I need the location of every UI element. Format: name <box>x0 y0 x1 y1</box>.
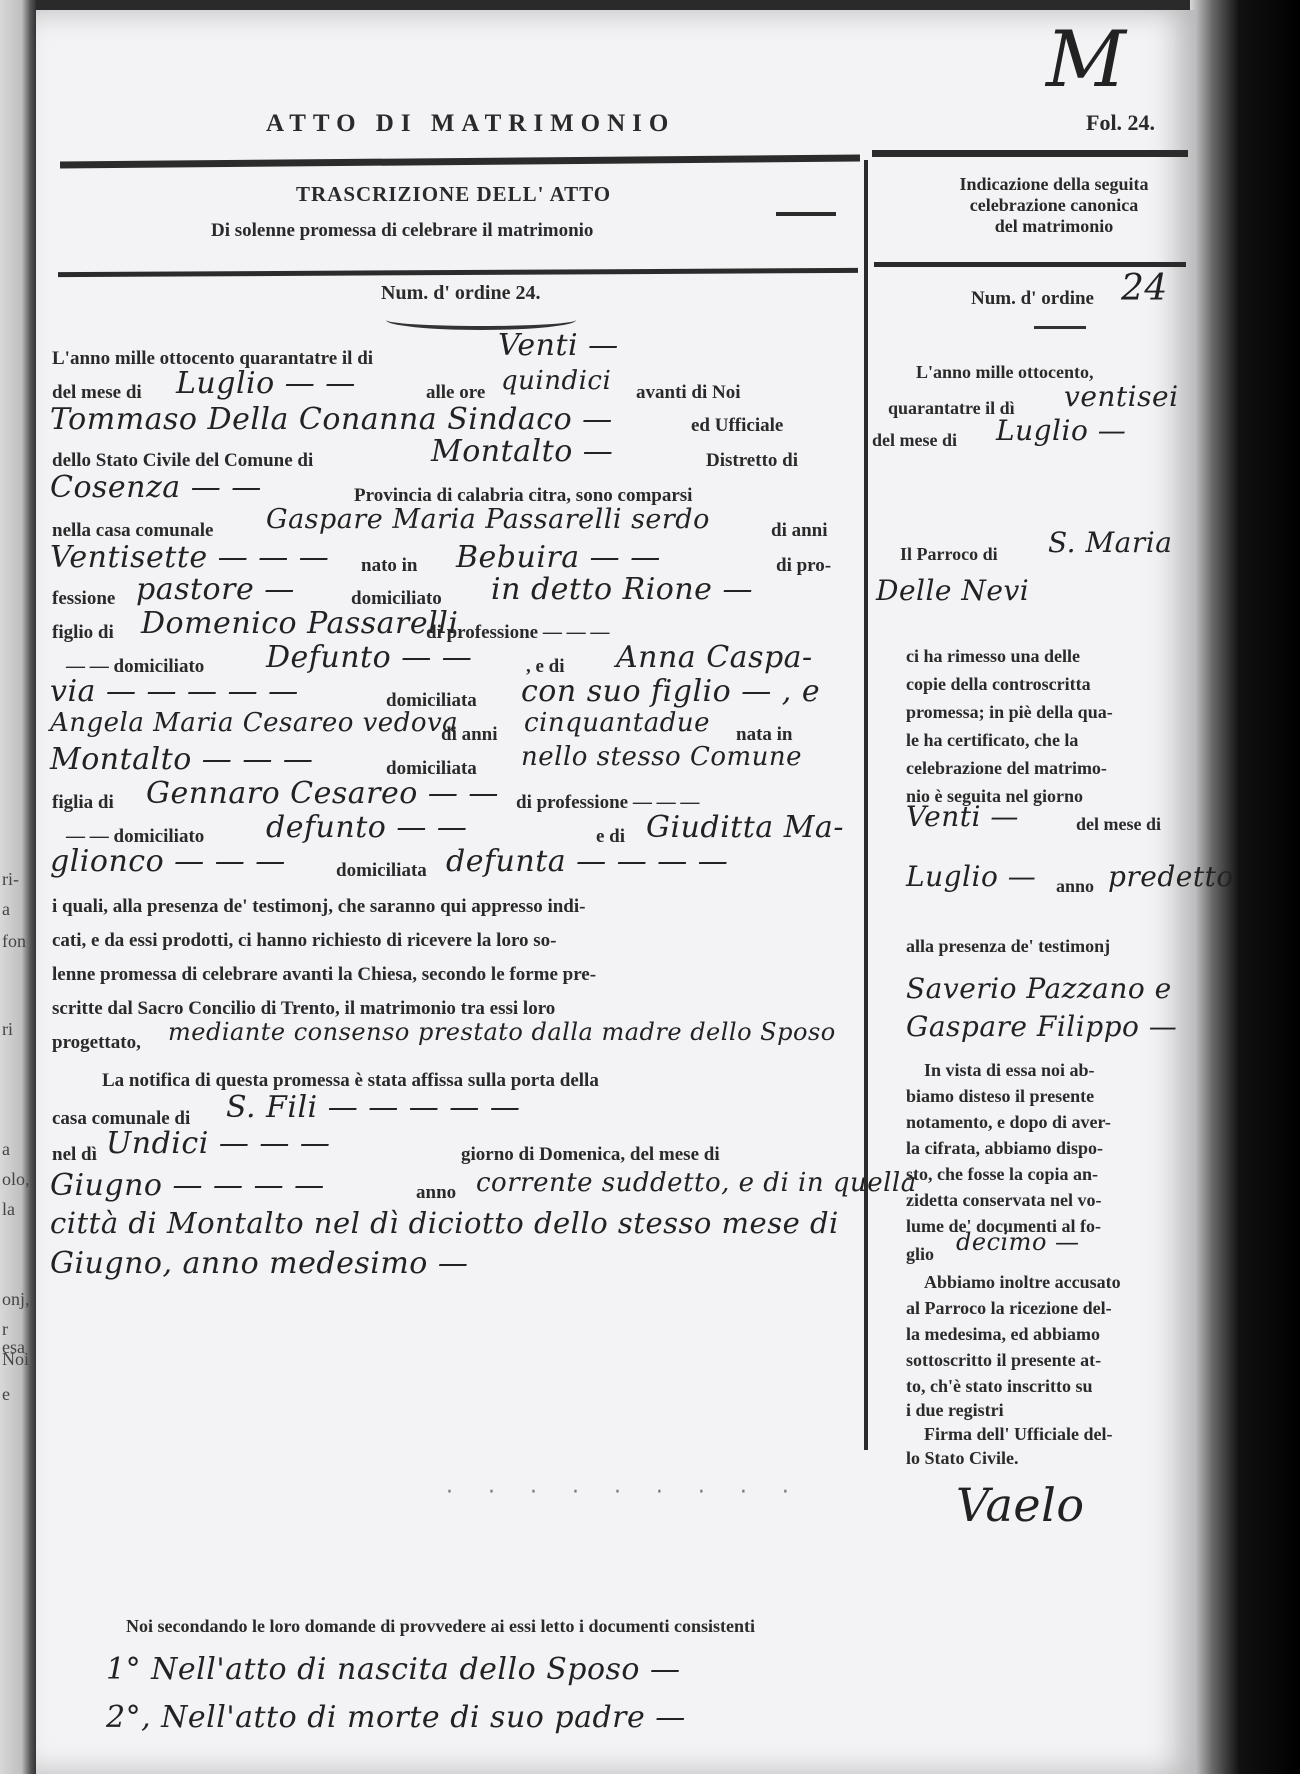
print-text: fessione <box>52 588 115 610</box>
handwritten-entry: quindici <box>501 366 611 396</box>
print-text: anno <box>1056 876 1094 897</box>
print-text: la cifrata, abbiamo dispo- <box>906 1138 1103 1159</box>
handwritten-entry: defunto — — <box>266 810 467 845</box>
heading-dash <box>776 212 836 216</box>
print-text: del mese di <box>52 382 142 404</box>
print-text: cati, e da essi prodotti, ci hanno richi… <box>52 930 557 952</box>
margin-fragment: ri- <box>2 870 32 888</box>
margin-fragment: onj, <box>2 1290 32 1308</box>
print-text: nella casa comunale <box>52 520 214 542</box>
print-text: notamento, e dopo di aver- <box>906 1112 1111 1133</box>
print-text: dello Stato Civile del Comune di <box>52 450 313 472</box>
section-rule-right <box>874 262 1186 267</box>
print-text: nato in <box>361 555 418 577</box>
print-text: Il Parroco di <box>900 544 998 565</box>
print-text: alla presenza de' testimonj <box>906 936 1110 957</box>
print-text: Firma dell' Ufficiale del- <box>924 1424 1112 1445</box>
print-text: La notifica di questa promessa è stata a… <box>102 1070 599 1092</box>
section-rule-left <box>58 268 858 277</box>
print-text: scritte dal Sacro Concilio di Trento, il… <box>52 998 555 1020</box>
previous-page-edge: ri- a fon ri a olo, la onj, r esa Noi e <box>0 0 36 1774</box>
handwritten-entry: Venti — <box>906 800 1019 833</box>
handwritten-entry: Anna Caspa- <box>616 640 813 675</box>
handwritten-entry: Tommaso Della Conanna Sindaco — <box>50 402 613 437</box>
print-text: figlio di <box>52 622 114 644</box>
print-text: biamo disteso il presente <box>906 1086 1094 1107</box>
header-rule-right <box>872 150 1188 157</box>
handwritten-entry: Undici — — — <box>106 1126 330 1161</box>
margin-fragment: a <box>2 900 32 918</box>
print-text: celebrazione del matrimo- <box>906 758 1107 779</box>
handwritten-entry: decimo — <box>956 1228 1080 1256</box>
handwritten-entry: Gaspare Filippo — <box>906 1010 1177 1043</box>
left-column-heading: TRASCRIZIONE DELL' ATTO <box>296 182 611 207</box>
print-text: di anni <box>771 520 828 542</box>
handwritten-entry: città di Montalto nel dì diciotto dello … <box>50 1206 839 1240</box>
handwritten-entry: nello stesso Comune <box>521 742 802 772</box>
print-text: anno <box>416 1182 456 1204</box>
right-heading-line: del matrimonio <box>904 216 1204 237</box>
column-divider <box>864 160 868 1450</box>
print-text: alle ore <box>426 382 485 404</box>
handwritten-entry: in detto Rione — <box>491 572 753 607</box>
print-text: i due registri <box>906 1400 1004 1421</box>
handwritten-entry: cinquantadue <box>524 708 710 738</box>
left-order-number: Num. d' ordine 24. <box>381 282 540 305</box>
print-text: Distretto di <box>706 450 798 472</box>
right-heading-line: Indicazione della seguita <box>904 174 1204 195</box>
print-text: nel dì <box>52 1144 97 1166</box>
order-underline <box>1034 326 1086 329</box>
print-text: i quali, alla presenza de' testimonj, ch… <box>52 896 585 918</box>
handwritten-entry: Defunto — — <box>266 640 472 675</box>
print-text: di anni <box>441 724 498 746</box>
handwritten-entry: predetto <box>1108 860 1234 893</box>
faded-stamp: · · · · · · · · · <box>446 1480 803 1505</box>
margin-fragment: olo, <box>2 1170 32 1188</box>
handwritten-entry: Gaspare Maria Passarelli serdo <box>266 504 710 535</box>
handwritten-entry: Luglio — <box>906 860 1036 893</box>
header-rule-left <box>60 155 860 169</box>
handwritten-entry: Bebuira — — <box>456 540 661 575</box>
print-text: progettato, <box>52 1032 141 1054</box>
print-text: del mese di <box>1076 814 1161 835</box>
register-page: M ATTO DI MATRIMONIO Fol. 24. TRASCRIZIO… <box>36 10 1196 1774</box>
officer-signature: Vaelo <box>956 1478 1085 1532</box>
margin-fragment: ri <box>2 1020 32 1038</box>
print-text: Abbiamo inoltre accusato <box>924 1272 1121 1293</box>
margin-fragment: a <box>2 1140 32 1158</box>
handwritten-entry: S. Fili — — — — — <box>226 1090 520 1125</box>
print-text: to, ch'è stato inscritto su <box>906 1376 1092 1397</box>
margin-fragment: e <box>2 1385 32 1403</box>
print-text: sottoscritto il presente at- <box>906 1350 1101 1371</box>
margin-fragment: Noi <box>2 1350 32 1368</box>
right-heading-line: celebrazione canonica <box>904 195 1204 216</box>
handwritten-entry: Giuditta Ma- <box>646 810 844 845</box>
handwritten-entry: Cosenza — — <box>50 470 262 505</box>
handwritten-entry: Ventisette — — — <box>50 540 329 575</box>
print-text: lenne promessa di celebrare avanti la Ch… <box>52 964 596 986</box>
right-column-heading: Indicazione della seguita celebrazione c… <box>904 174 1204 237</box>
print-text: giorno di Domenica, del mese di <box>461 1144 720 1166</box>
print-text: figlia di <box>52 792 114 814</box>
folio-handwritten-mark: M <box>1046 15 1126 105</box>
print-text: ed Ufficiale <box>691 415 783 437</box>
print-text: In vista di essa noi ab- <box>924 1060 1095 1081</box>
handwritten-entry: Delle Nevi <box>876 574 1029 607</box>
handwritten-entry: Luglio — <box>996 414 1126 447</box>
handwritten-entry: Luglio — — <box>176 366 356 401</box>
right-order-number: 24 <box>1121 268 1168 309</box>
handwritten-entry: ventisei <box>1064 380 1179 413</box>
handwritten-entry: via — — — — — <box>50 674 299 709</box>
margin-fragment: la <box>2 1200 32 1218</box>
scanned-page: ri- a fon ri a olo, la onj, r esa Noi e … <box>0 0 1300 1774</box>
handwritten-entry: glionco — — — <box>50 844 286 879</box>
handwritten-entry: Gennaro Cesareo — — <box>146 776 499 811</box>
handwritten-entry: corrente suddetto, e di in quella <box>476 1168 917 1198</box>
handwritten-entry: Giugno — — — — <box>50 1168 325 1203</box>
handwritten-entry: Angela Maria Cesareo vedova <box>50 708 458 738</box>
right-order-label: Num. d' ordine <box>971 288 1094 310</box>
handwritten-entry: Montalto — — — <box>50 742 313 777</box>
brace-ornament <box>386 310 576 330</box>
handwritten-entry: defunta — — — — <box>446 844 728 879</box>
left-column-subheading: Di solenne promessa di celebrare il matr… <box>211 220 593 242</box>
footer-handwritten-item: 1° Nell'atto di nascita dello Sposo — <box>106 1652 681 1687</box>
print-text: domiciliata <box>336 860 427 882</box>
handwritten-entry: pastore — <box>136 572 295 607</box>
print-text: promessa; in piè della qua- <box>906 702 1113 723</box>
print-text: sto, che fosse la copia an- <box>906 1164 1098 1185</box>
print-text: di pro- <box>776 555 831 577</box>
handwritten-entry: Venti — <box>498 328 619 363</box>
print-text: ci ha rimesso una delle <box>906 646 1080 667</box>
print-text: la medesima, ed abbiamo <box>906 1324 1100 1345</box>
print-text: glio <box>906 1244 934 1265</box>
handwritten-entry: con suo figlio — , e <box>521 674 820 709</box>
handwritten-entry: Domenico Passarelli <box>141 606 458 641</box>
handwritten-entry: mediante consenso prestato dalla madre d… <box>168 1018 836 1046</box>
print-text: copie della controscritta <box>906 674 1091 695</box>
footer-handwritten-item: 2°, Nell'atto di morte di suo padre — <box>106 1700 686 1735</box>
print-text: avanti di Noi <box>636 382 741 404</box>
handwritten-entry: Montalto — <box>431 434 613 469</box>
folio-number: Fol. 24. <box>1086 110 1155 136</box>
print-text: le ha certificato, che la <box>906 730 1078 751</box>
footer-print-text: Noi secondando le loro domande di provve… <box>126 1616 755 1637</box>
handwritten-entry: S. Maria <box>1048 526 1172 559</box>
print-text: al Parroco la ricezione del- <box>906 1298 1112 1319</box>
handwritten-entry: Giugno, anno medesimo — <box>50 1246 468 1281</box>
print-text: zidetta conservata nel vo- <box>906 1190 1101 1211</box>
print-text: del mese di <box>872 430 957 451</box>
margin-fragment: fon <box>2 932 32 950</box>
print-text: lo Stato Civile. <box>906 1448 1019 1469</box>
page-title: ATTO DI MATRIMONIO <box>266 110 675 138</box>
handwritten-entry: Saverio Pazzano e <box>906 972 1172 1005</box>
